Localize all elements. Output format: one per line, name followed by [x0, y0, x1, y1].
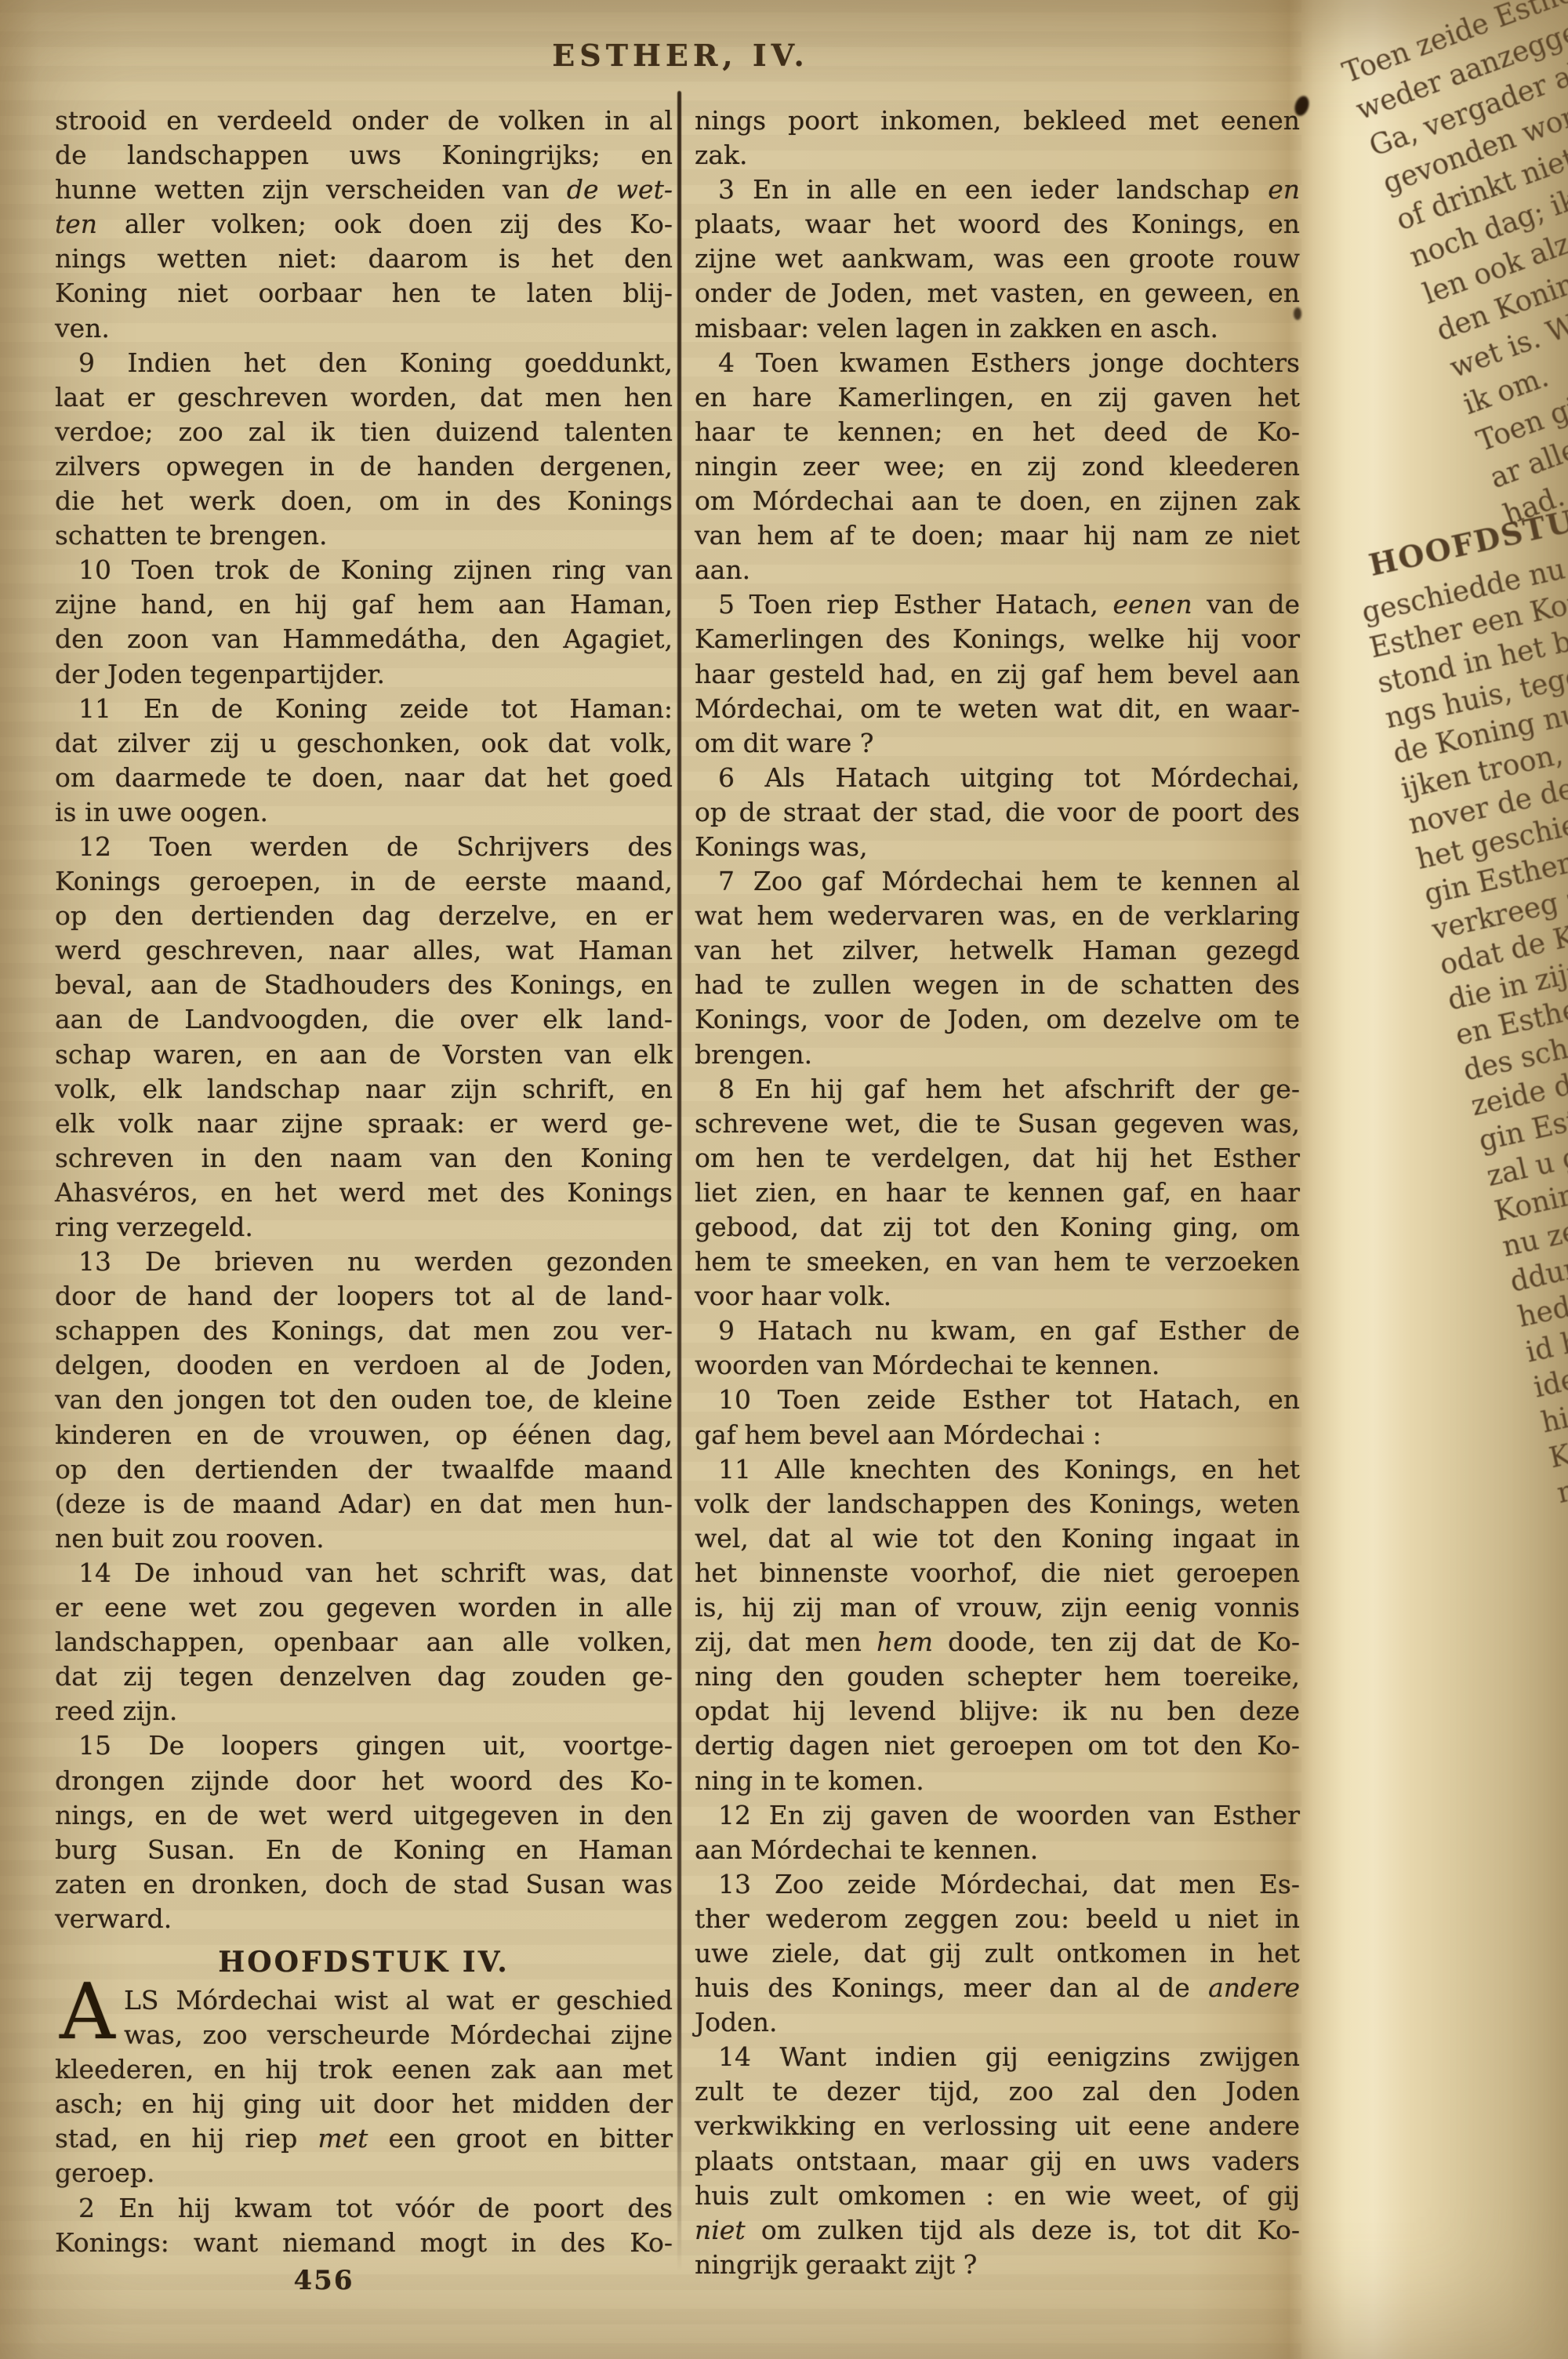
text-line: om hen te verdelgen, dat hij het Esther	[695, 1141, 1300, 1176]
text-line: op de straat der stad, die voor de poort…	[695, 795, 1300, 830]
text-line: zult te dezer tijd, zoo zal den Joden	[695, 2074, 1300, 2109]
text-line: beval, aan de Stadhouders des Konings, e…	[55, 968, 673, 1002]
text-line: LS Mórdechai wist al wat er geschied	[55, 1983, 673, 2018]
text-line: uwe ziele, dat gij zult ontkomen in het	[695, 1936, 1300, 1971]
text-line: 12 Toen werden de Schrijvers des	[55, 830, 673, 864]
text-line: 9 Hatach nu kwam, en gaf Esther de	[695, 1314, 1300, 1348]
text-line: 10 Toen zeide Esther tot Hatach, en	[695, 1383, 1300, 1417]
text-line: volk, elk landschap naar zijn schrift, e…	[55, 1072, 673, 1107]
text-line: op den dertienden dag derzelve, en er	[55, 899, 673, 933]
text-line: die het werk doen, om in des Konings	[55, 484, 673, 518]
right-column: nings poort inkomen, bekleed met eenenza…	[695, 104, 1300, 2282]
text-line: hunne wetten zijn verscheiden van de wet…	[55, 173, 673, 207]
text-line: zij, dat men hem doode, ten zij dat de K…	[695, 1625, 1300, 1659]
text-line: landschappen, openbaar aan alle volken,	[55, 1625, 673, 1659]
text-line: schreven in den naam van den Koning	[55, 1141, 673, 1176]
text-line: en hare Kamerlingen, en zij gaven het	[695, 380, 1300, 415]
text-line: 11 Alle knechten des Konings, en het	[695, 1452, 1300, 1487]
text-line: wel, dat al wie tot den Koning ingaat in	[695, 1521, 1300, 1556]
text-line: huis zult omkomen : en wie weet, of gij	[695, 2179, 1300, 2213]
text-line: is in uwe oogen.	[55, 795, 673, 830]
text-line: zak.	[695, 138, 1300, 173]
text-line: nen buit zou rooven.	[55, 1521, 673, 1556]
text-line: dat zilver zij u geschonken, ook dat vol…	[55, 726, 673, 761]
text-line: 10 Toen trok de Koning zijnen ring van	[55, 553, 673, 587]
text-line: huis des Konings, meer dan al de andere	[695, 1971, 1300, 2005]
text-line: om dit ware ?	[695, 726, 1300, 761]
text-line: 3 En in alle en een ieder landschap en	[695, 173, 1300, 207]
text-line: verkwikking en verlossing uit eene ander…	[695, 2109, 1300, 2143]
text-line: ring verzegeld.	[55, 1210, 673, 1245]
text-line: van hem af te doen; maar hij nam ze niet	[695, 518, 1300, 553]
text-line: woorden van Mórdechai te kennen.	[695, 1348, 1300, 1383]
text-line: laat er geschreven worden, dat men hen	[55, 380, 673, 415]
text-line: delgen, dooden en verdoen al de Joden,	[55, 1348, 673, 1383]
text-line: op den dertienden der twaalfde maand	[55, 1452, 673, 1487]
text-line: Konings was,	[695, 830, 1300, 864]
text-line: dat zij tegen denzelven dag zouden ge-	[55, 1659, 673, 1694]
text-line: wat hem wedervaren was, en de verklaring	[695, 899, 1300, 933]
column-divider-rule	[677, 91, 681, 2271]
text-line: nings wetten niet: daarom is het den	[55, 242, 673, 276]
text-line: 9 Indien het den Koning goeddunkt,	[55, 346, 673, 380]
text-line: haar gesteld had, en zij gaf hem bevel a…	[695, 657, 1300, 692]
text-line: 11 En de Koning zeide tot Haman:	[55, 692, 673, 726]
text-line: elk volk naar zijne spraak: er werd ge-	[55, 1107, 673, 1141]
text-line: aan Mórdechai te kennen.	[695, 1833, 1300, 1867]
text-line: Ahasvéros, en het werd met des Konings	[55, 1176, 673, 1210]
text-line: Koning niet oorbaar hen te laten blij-	[55, 276, 673, 311]
text-line: 13 De brieven nu werden gezonden	[55, 1245, 673, 1279]
text-line: brengen.	[695, 1038, 1300, 1072]
text-line: kinderen en de vrouwen, op éénen dag,	[55, 1418, 673, 1452]
text-line: aan.	[695, 553, 1300, 587]
text-line: verdoe; zoo zal ik tien duizend talenten	[55, 415, 673, 449]
text-line: 2 En hij kwam tot vóór de poort des	[55, 2191, 673, 2226]
text-line: voor haar volk.	[695, 1279, 1300, 1314]
text-line: nings poort inkomen, bekleed met eenen	[695, 104, 1300, 138]
text-line: door de hand der loopers tot al de land-	[55, 1279, 673, 1314]
text-line: plaats ontstaan, maar gij en uws vaders	[695, 2144, 1300, 2179]
text-line: schap waren, en aan de Vorsten van elk	[55, 1038, 673, 1072]
text-line: werd geschreven, naar alles, wat Haman	[55, 933, 673, 968]
text-line: dertig dagen niet geroepen om tot den Ko…	[695, 1728, 1300, 1763]
page-number: 456	[55, 2265, 593, 2296]
text-line: haar te kennen; en het deed de Ko-	[695, 415, 1300, 449]
text-line: Kamerlingen des Konings, welke hij voor	[695, 622, 1300, 656]
left-column: strooid en verdeeld onder de volken in a…	[55, 104, 673, 2260]
text-line: om daarmede te doen, naar dat het goed	[55, 761, 673, 795]
text-line: 8 En hij gaf hem het afschrift der ge-	[695, 1072, 1300, 1107]
text-line: geroep.	[55, 2156, 673, 2190]
text-line: 4 Toen kwamen Esthers jonge dochters	[695, 346, 1300, 380]
text-line: strooid en verdeeld onder de volken in a…	[55, 104, 673, 138]
text-line: plaats, waar het woord des Konings, en	[695, 207, 1300, 242]
text-line: zijne hand, en hij gaf hem aan Haman,	[55, 587, 673, 622]
text-line: verward.	[55, 1902, 673, 1936]
text-line: hem te smeeken, en van hem te verzoeken	[695, 1245, 1300, 1279]
text-line: Mórdechai, om te weten wat dit, en waar-	[695, 692, 1300, 726]
text-line: HOOFDSTUK IV.	[55, 1943, 673, 1982]
running-header: ESTHER, IV.	[0, 38, 1361, 73]
text-line: nings, en de wet werd uitgegeven in den	[55, 1798, 673, 1833]
text-line: liet zien, en haar te kennen gaf, en haa…	[695, 1176, 1300, 1210]
ink-blot	[1294, 307, 1301, 320]
text-line: Konings geroepen, in de eerste maand,	[55, 864, 673, 899]
text-line: schatten te brengen.	[55, 518, 673, 553]
text-line: zaten en dronken, doch de stad Susan was	[55, 1867, 673, 1902]
text-line: was, zoo verscheurde Mórdechai zijne	[55, 2018, 673, 2052]
text-line: het binnenste voorhof, die niet geroepen	[695, 1556, 1300, 1590]
text-line: schrevene wet, die te Susan gegeven was,	[695, 1107, 1300, 1141]
next-page-edge-upper: Toen zeide Esther, datweder aanzeggen zo…	[1338, 0, 1568, 536]
text-line: is, hij zij man of vrouw, zijn eenig von…	[695, 1590, 1300, 1625]
text-line: had te zullen wegen in de schatten des	[695, 968, 1300, 1002]
text-line: ther wederom zeggen zou: beeld u niet in	[695, 1902, 1300, 1936]
text-line: ten aller volken; ook doen zij des Ko-	[55, 207, 673, 242]
text-line: der Joden tegenpartijder.	[55, 657, 673, 692]
text-line: den zoon van Hammedátha, den Agagiet,	[55, 622, 673, 656]
text-line: 12 En zij gaven de woorden van Esther	[695, 1798, 1300, 1833]
text-line: opdat hij levend blijve: ik nu ben deze	[695, 1694, 1300, 1728]
text-line: van het zilver, hetwelk Haman gezegd	[695, 933, 1300, 968]
text-line: reed zijn.	[55, 1694, 673, 1728]
text-line: de landschappen uws Koningrijks; en	[55, 138, 673, 173]
text-line: Konings: want niemand mogt in des Ko-	[55, 2226, 673, 2260]
text-line: aan de Landvoogden, die over elk land-	[55, 1002, 673, 1037]
text-line: burg Susan. En de Koning en Haman	[55, 1833, 673, 1867]
text-line: 14 De inhoud van het schrift was, dat	[55, 1556, 673, 1590]
text-line: zijne wet aankwam, was een groote rouw	[695, 242, 1300, 276]
text-line: Joden.	[695, 2005, 1300, 2040]
text-line: drongen zijnde door het woord des Ko-	[55, 1764, 673, 1798]
text-line: 7 Zoo gaf Mórdechai hem te kennen al	[695, 864, 1300, 899]
text-line: 5 Toen riep Esther Hatach, eenen van de	[695, 587, 1300, 622]
text-line: 6 Als Hatach uitging tot Mórdechai,	[695, 761, 1300, 795]
text-line: 13 Zoo zeide Mórdechai, dat men Es-	[695, 1867, 1300, 1902]
text-line: kleederen, en hij trok eenen zak aan met	[55, 2052, 673, 2087]
text-line: 15 De loopers gingen uit, voortge-	[55, 1728, 673, 1763]
text-line: er eene wet zou gegeven worden in alle	[55, 1590, 673, 1625]
text-line: zilvers opwegen in de handen dergenen,	[55, 449, 673, 484]
text-line: asch; en hij ging uit door het midden de…	[55, 2087, 673, 2121]
text-line: gebood, dat zij tot den Koning ging, om	[695, 1210, 1300, 1245]
text-line: ning den gouden schepter hem toereike,	[695, 1659, 1300, 1694]
text-line: stad, en hij riep met een groot en bitte…	[55, 2121, 673, 2156]
book-page: ESTHER, IV. strooid en verdeeld onder de…	[0, 0, 1568, 2359]
text-line: (deze is de maand Adar) en dat men hun-	[55, 1487, 673, 1521]
text-line: niet om zulken tijd als deze is, tot dit…	[695, 2213, 1300, 2248]
next-page-edge-lower: HOOFDSTUK V.geschiedde nu aan denEsther …	[1348, 469, 1568, 2301]
text-line: ning in te komen.	[695, 1764, 1300, 1798]
text-line: gaf hem bevel aan Mórdechai :	[695, 1418, 1300, 1452]
text-line: ningrijk geraakt zijt ?	[695, 2248, 1300, 2282]
text-line: Konings, voor de Joden, om dezelve om te	[695, 1002, 1300, 1037]
text-line: misbaar: velen lagen in zakken en asch.	[695, 311, 1300, 346]
text-line: onder de Joden, met vasten, en geween, e…	[695, 276, 1300, 311]
text-line: 14 Want indien gij eenigzins zwijgen	[695, 2040, 1300, 2074]
drop-cap: A	[60, 1976, 115, 2048]
text-line: ningin zeer wee; en zij zond kleederen	[695, 449, 1300, 484]
text-line: om Mórdechai aan te doen, en zijnen zak	[695, 484, 1300, 518]
text-line: volk der landschappen des Konings, weten	[695, 1487, 1300, 1521]
text-line: van den jongen tot den ouden toe, de kle…	[55, 1383, 673, 1417]
text-line: ven.	[55, 311, 673, 346]
text-line: schappen des Konings, dat men zou ver-	[55, 1314, 673, 1348]
